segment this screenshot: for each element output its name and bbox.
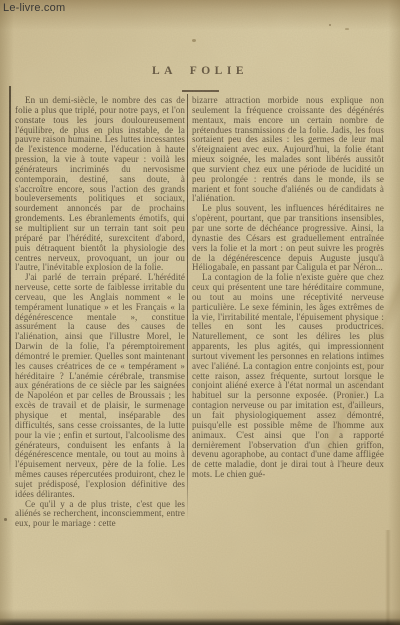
title-divider-rule	[182, 90, 219, 92]
paper-speck	[329, 24, 331, 26]
paragraph: Le plus souvent, les influences hérédita…	[192, 204, 384, 273]
column-divider-rule	[187, 94, 188, 520]
paper-speck	[345, 28, 349, 30]
text-column-right: bizarre attraction morbide nous explique…	[192, 96, 384, 480]
scanned-book-page: Le-livre.com LA FOLIE En un demi-siècle,…	[0, 0, 400, 625]
paper-speck	[192, 39, 196, 42]
paragraph: bizarre attraction morbide nous explique…	[192, 96, 384, 204]
page-title: LA FOLIE	[0, 65, 400, 77]
paragraph: La contagion de la folie n'existe guère …	[192, 273, 384, 480]
text-column-left: En un demi-siècle, le nombre des cas de …	[15, 96, 185, 529]
watermark-text: Le-livre.com	[3, 2, 65, 14]
paper-crease-right-edge	[383, 530, 393, 625]
left-margin-rule	[9, 86, 11, 478]
paragraph: Ce qu'il y a de plus triste, c'est que l…	[15, 500, 185, 530]
paper-speck	[4, 518, 7, 521]
paragraph: En un demi-siècle, le nombre des cas de …	[15, 96, 185, 273]
paragraph: J'ai parlé de terrain préparé. L'hérédit…	[15, 273, 185, 499]
